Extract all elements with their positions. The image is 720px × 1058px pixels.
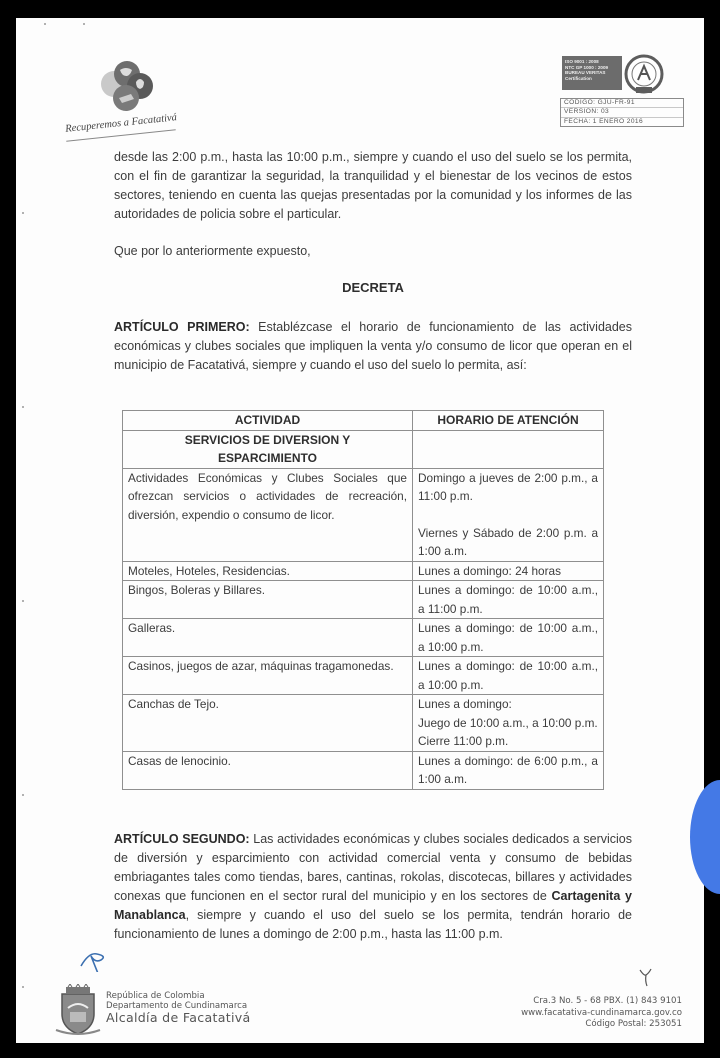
activity-cell: Canchas de Tejo. [123,695,413,752]
schedule-cell: Lunes a domingo: de 10:00 a.m., a 10:00 … [413,619,604,657]
footer-entity-text: República de Colombia Departamento de Cu… [106,992,251,1025]
column-header-activity: ACTIVIDAD [123,411,413,431]
decree-heading: DECRETA [114,280,632,295]
table-row: Canchas de Tejo. Lunes a domingo: Juego … [123,695,604,752]
iso-certification-box: ISO 9001 : 2008 NTC GP 1000 : 2009 BUREA… [562,56,622,90]
footer-alcaldia: República de Colombia Departamento de Cu… [54,984,294,1040]
footer-contact: Cra.3 No. 5 - 68 PBX. (1) 843 9101 www.f… [466,996,682,1031]
certification-badge: ISO 9001 : 2008 NTC GP 1000 : 2009 BUREA… [562,54,682,98]
article-2-paragraph: ARTÍCULO SEGUNDO: Las actividades económ… [114,830,632,944]
schedule-cell: Lunes a domingo: de 10:00 a.m., a 10:00 … [413,657,604,695]
coat-of-arms-icon [54,984,102,1036]
article-1-label: ARTÍCULO PRIMERO: [114,320,250,334]
doc-version: VERSION: 03 [561,108,683,117]
scan-speck [22,986,24,988]
activity-cell: Moteles, Hoteles, Residencias. [123,561,413,581]
table-section-row: SERVICIOS DE DIVERSION Y ESPARCIMIENTO [123,430,604,468]
activity-cell: Casinos, juegos de azar, máquinas tragam… [123,657,413,695]
document-control-box: CODIGO: GJU-FR-91 VERSION: 03 FECHA: 1 E… [560,98,684,127]
recuperemos-logo-icon [94,60,164,120]
scan-speck [44,23,46,25]
table-row: Casinos, juegos de azar, máquinas tragam… [123,657,604,695]
scan-speck [22,794,24,796]
schedule-cell: Lunes a domingo: 24 horas [413,561,604,581]
table-header-row: ACTIVIDAD HORARIO DE ATENCIÓN [123,411,604,431]
schedule-cell: Lunes a domingo: de 10:00 a.m., a 11:00 … [413,581,604,619]
scan-speck [22,406,24,408]
doc-code: CODIGO: GJU-FR-91 [561,99,683,108]
schedule-cell: Lunes a domingo: Juego de 10:00 a.m., a … [413,695,604,752]
activity-cell: Casas de lenocinio. [123,751,413,789]
intro-paragraph: desde las 2:00 p.m., hasta las 10:00 p.m… [114,148,632,224]
section-title: SERVICIOS DE DIVERSION Y ESPARCIMIENTO [123,430,413,468]
column-header-schedule: HORARIO DE ATENCIÓN [413,411,604,431]
footer-postal-code: Código Postal: 253051 [466,1019,682,1031]
document-page: Recuperemos a Facatativá ISO 9001 : 2008… [16,18,704,1043]
initials-mark-icon [638,966,654,988]
table-row: Actividades Económicas y Clubes Sociales… [123,468,604,561]
article-1-paragraph: ARTÍCULO PRIMERO: Establézcase el horari… [114,318,632,375]
article-2-label: ARTÍCULO SEGUNDO: [114,832,250,846]
footer-address: Cra.3 No. 5 - 68 PBX. (1) 843 9101 [466,996,682,1008]
scan-speck [22,600,24,602]
table-row: Casas de lenocinio. Lunes a domingo: de … [123,751,604,789]
municipal-logo: Recuperemos a Facatativá [62,60,212,140]
table-row: Galleras. Lunes a domingo: de 10:00 a.m.… [123,619,604,657]
doc-date: FECHA: 1 ENERO 2016 [561,118,683,126]
whereas-line: Que por lo anteriormente expuesto, [114,242,632,261]
signature-mark-icon [78,942,114,972]
schedule-cell: Lunes a domingo: de 6:00 p.m., a 1:00 a.… [413,751,604,789]
table-row: Bingos, Boleras y Billares. Lunes a domi… [123,581,604,619]
table-row: Moteles, Hoteles, Residencias. Lunes a d… [123,561,604,581]
scan-speck [22,212,24,214]
activity-cell: Galleras. [123,619,413,657]
activity-cell: Actividades Económicas y Clubes Sociales… [123,468,413,561]
schedule-table: ACTIVIDAD HORARIO DE ATENCIÓN SERVICIOS … [122,410,604,790]
footer-website[interactable]: www.facatativa-cundinamarca.gov.co [466,1008,682,1020]
scan-speck [83,23,85,25]
schedule-cell: Domingo a jueves de 2:00 p.m., a 11:00 p… [413,468,604,561]
activity-cell: Bingos, Boleras y Billares. [123,581,413,619]
bureau-veritas-seal-icon [624,54,664,94]
